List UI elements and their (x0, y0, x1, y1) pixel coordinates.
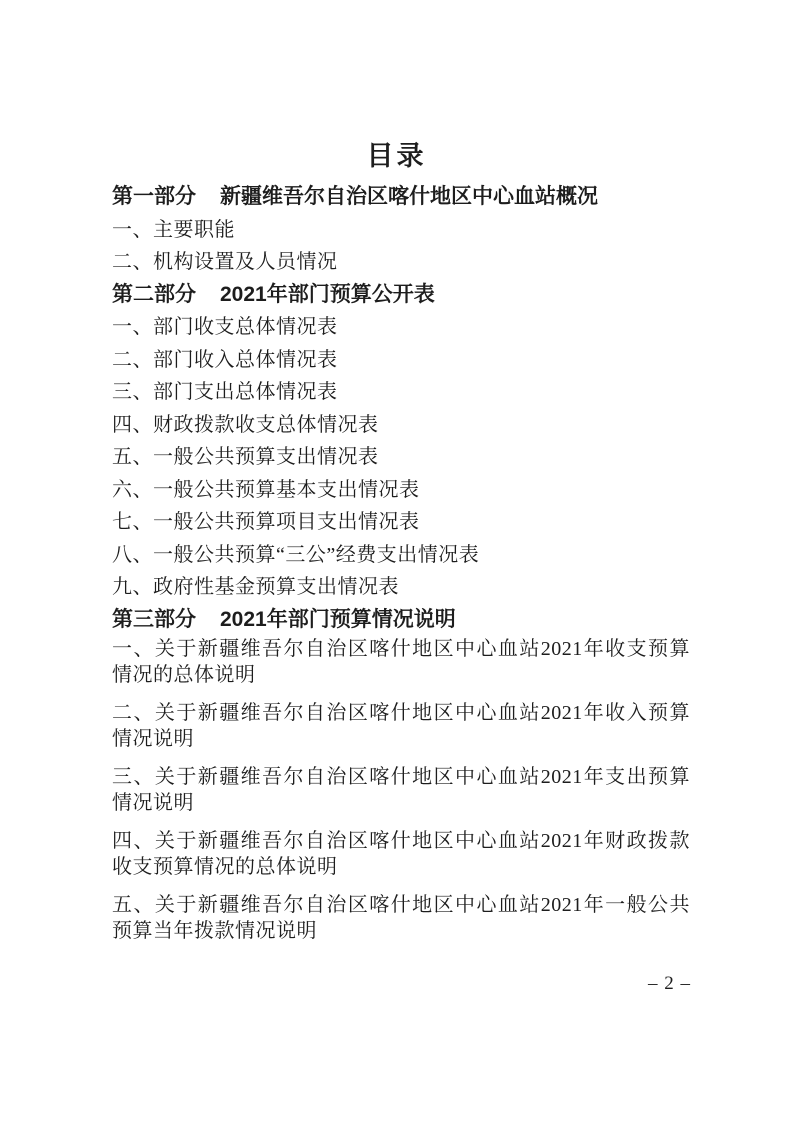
page-number: – 2 – (648, 971, 691, 997)
section-3-title: 2021年部门预算情况说明 (220, 608, 456, 631)
toc-entry: 四、关于新疆维吾尔自治区喀什地区中心血站2021年财政拨款 收支预算情况的总体说… (112, 828, 690, 880)
toc-entry: 一、关于新疆维吾尔自治区喀什地区中心血站2021年收支预算 情况的总体说明 (112, 636, 690, 688)
toc-entry: 二、部门收入总体情况表 (112, 344, 690, 377)
toc-entry: 五、关于新疆维吾尔自治区喀什地区中心血站2021年一般公共 预算当年拨款情况说明 (112, 892, 690, 944)
section-2-title: 2021年部门预算公开表 (220, 283, 435, 306)
toc-entry-line: 情况说明 (112, 790, 690, 816)
table-of-contents: 第一部分新疆维吾尔自治区喀什地区中心血站概况 一、主要职能 二、机构设置及人员情… (112, 181, 690, 944)
toc-entry-line: 一、关于新疆维吾尔自治区喀什地区中心血站2021年收支预算 (112, 636, 690, 662)
toc-entry: 八、一般公共预算“三公”经费支出情况表 (112, 539, 690, 572)
toc-entry: 四、财政拨款收支总体情况表 (112, 409, 690, 442)
toc-entry-line: 五、关于新疆维吾尔自治区喀什地区中心血站2021年一般公共 (112, 892, 690, 918)
toc-entry: 五、一般公共预算支出情况表 (112, 441, 690, 474)
section-3-label: 第三部分 (112, 608, 196, 631)
toc-entry: 二、关于新疆维吾尔自治区喀什地区中心血站2021年收入预算 情况说明 (112, 700, 690, 752)
toc-entry: 七、一般公共预算项目支出情况表 (112, 506, 690, 539)
toc-entry-line: 情况的总体说明 (112, 662, 690, 688)
toc-entry: 二、机构设置及人员情况 (112, 246, 690, 279)
toc-entry-line: 预算当年拨款情况说明 (112, 918, 690, 944)
toc-entry-line: 三、关于新疆维吾尔自治区喀什地区中心血站2021年支出预算 (112, 764, 690, 790)
section-2-label: 第二部分 (112, 283, 196, 306)
toc-entry: 三、部门支出总体情况表 (112, 376, 690, 409)
page-title: 目录 (0, 140, 793, 172)
toc-entry: 六、一般公共预算基本支出情况表 (112, 474, 690, 507)
toc-entry-line: 四、关于新疆维吾尔自治区喀什地区中心血站2021年财政拨款 (112, 828, 690, 854)
toc-entry-line: 情况说明 (112, 726, 690, 752)
toc-entry-line: 二、关于新疆维吾尔自治区喀什地区中心血站2021年收入预算 (112, 700, 690, 726)
toc-entry-line: 收支预算情况的总体说明 (112, 854, 690, 880)
section-2-heading: 第二部分2021年部门预算公开表 (112, 279, 690, 312)
section-1-title: 新疆维吾尔自治区喀什地区中心血站概况 (220, 185, 598, 208)
toc-entry: 一、主要职能 (112, 214, 690, 247)
section-3-heading: 第三部分2021年部门预算情况说明 (112, 604, 690, 637)
toc-entry: 一、部门收支总体情况表 (112, 311, 690, 344)
toc-entry: 三、关于新疆维吾尔自治区喀什地区中心血站2021年支出预算 情况说明 (112, 764, 690, 816)
document-page: 目录 第一部分新疆维吾尔自治区喀什地区中心血站概况 一、主要职能 二、机构设置及… (0, 0, 793, 1122)
toc-entry: 九、政府性基金预算支出情况表 (112, 571, 690, 604)
section-1-label: 第一部分 (112, 185, 196, 208)
section-1-heading: 第一部分新疆维吾尔自治区喀什地区中心血站概况 (112, 181, 690, 214)
